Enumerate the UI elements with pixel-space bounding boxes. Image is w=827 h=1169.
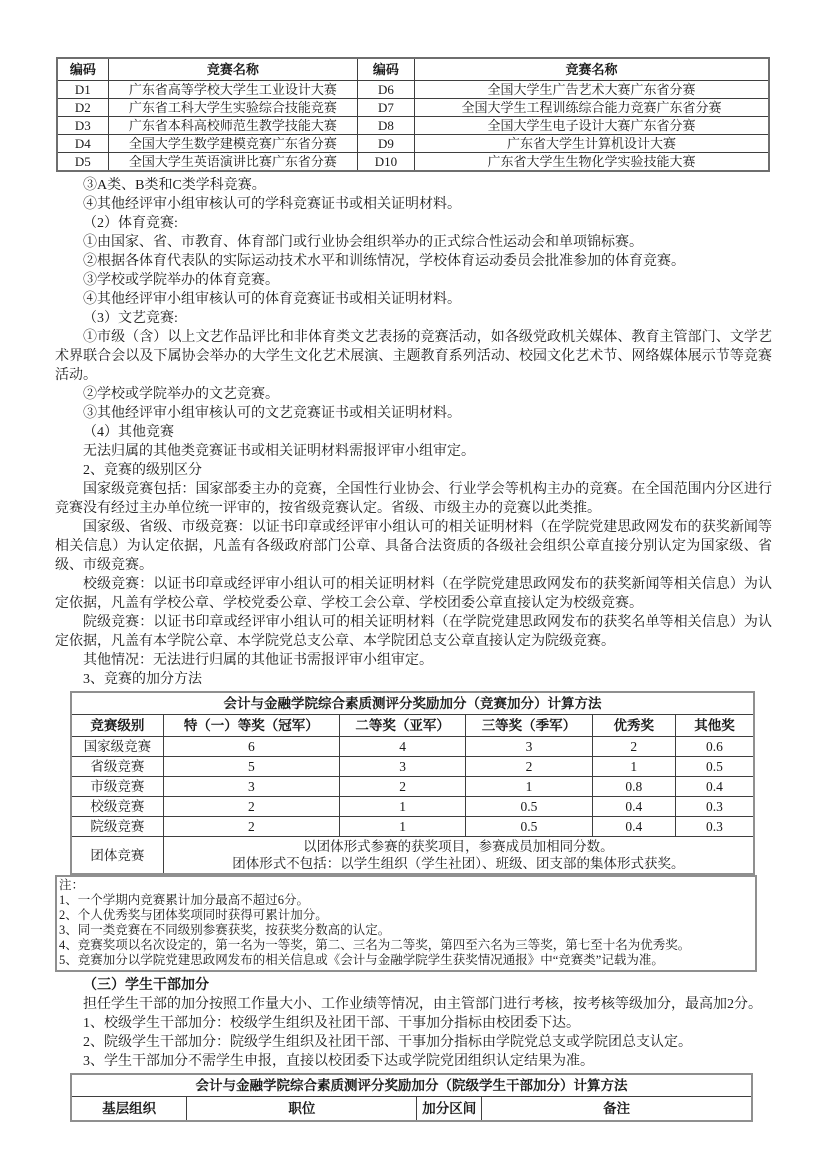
competition-name-cell: 广东省大学生生物化学实验技能大赛 (414, 153, 769, 172)
bonus-table-header-row: 竞赛级别 特（一）等奖（冠军） 二等奖（亚军） 三等奖（季军） 优秀奖 其他奖 (71, 715, 754, 737)
score-cell: 4 (339, 737, 465, 757)
paragraph: 校级竞赛：以证书印章或经评审小组认可的相关证明材料（在学院党建思政网发布的获奖新… (55, 575, 772, 613)
score-cell: 0.6 (675, 737, 754, 757)
codes-header-cell: 竞赛名称 (108, 58, 357, 81)
bonus-header-cell: 优秀奖 (592, 715, 675, 737)
paragraph: （3）文艺竞赛: (55, 309, 772, 328)
competition-bonus-table: 会计与金融学院综合素质测评分奖励加分（竞赛加分）计算方法 竞赛级别 特（一）等奖… (70, 691, 755, 875)
competition-name-cell: 全国大学生广告艺术大赛广东省分赛 (414, 81, 769, 99)
note-item: 4、竞赛奖项以名次设定的，第一名为一等奖，第二、三名为二等奖，第四至六名为三等奖… (59, 938, 751, 953)
level-cell: 团体竞赛 (71, 837, 163, 875)
codes-header-cell: 编码 (57, 58, 108, 81)
paragraph: 无法归属的其他类竞赛证书或相关证明材料需报评审小组审定。 (55, 442, 772, 461)
score-cell: 6 (163, 737, 339, 757)
competition-rules-text: ③A类、B类和C类学科竞赛。 ④其他经评审小组审核认可的学科竞赛证书或相关证明材… (55, 176, 772, 689)
paragraph: 国家级竞赛包括：国家部委主办的竞赛，全国性行业协会、行业学会等机构主办的竞赛。在… (55, 480, 772, 518)
level-cell: 国家级竞赛 (71, 737, 163, 757)
paragraph: 2、竞赛的级别区分 (55, 461, 772, 480)
bonus-table-title: 会计与金融学院综合素质测评分奖励加分（竞赛加分）计算方法 (71, 692, 754, 715)
paragraph: ③其他经评审小组审核认可的文艺竞赛证书或相关证明材料。 (55, 404, 772, 423)
paragraph: ①市级（含）以上文艺作品评比和非体育类文艺表扬的竞赛活动，如各级党政机关媒体、教… (55, 328, 772, 385)
paragraph: （2）体育竞赛: (55, 214, 772, 233)
paragraph: 院级竞赛：以证书印章或经评审小组认可的相关证明材料（在学院党建思政网发布的获奖名… (55, 613, 772, 651)
student-cadre-section: （三）学生干部加分 担任学生干部的加分按照工作量大小、工作业绩等情况，由主管部门… (55, 976, 772, 1071)
score-cell: 3 (163, 777, 339, 797)
score-cell: 0.5 (466, 797, 592, 817)
codes-table-header-row: 编码 竞赛名称 编码 竞赛名称 (57, 58, 769, 81)
level-cell: 省级竞赛 (71, 757, 163, 777)
cadre-table-header-row: 基层组织 职位 加分区间 备注 (71, 1097, 752, 1122)
table-row: D3 广东省本科高校师范生教学技能大赛 D8 全国大学生电子设计大赛广东省分赛 (57, 117, 769, 135)
code-cell: D10 (357, 153, 414, 172)
table-row: 院级竞赛 2 1 0.5 0.4 0.3 (71, 817, 754, 837)
score-cell: 5 (163, 757, 339, 777)
competition-codes-table: 编码 竞赛名称 编码 竞赛名称 D1 广东省高等学校大学生工业设计大赛 D6 全… (56, 57, 770, 172)
paragraph: ④其他经评审小组审核认可的学科竞赛证书或相关证明材料。 (55, 195, 772, 214)
notes-box: 注： 1、一个学期内竞赛累计加分最高不超过6分。 2、个人优秀奖与团体奖项同时获… (55, 875, 757, 972)
code-cell: D4 (57, 135, 108, 153)
score-cell: 0.4 (592, 817, 675, 837)
score-cell: 2 (163, 817, 339, 837)
level-cell: 市级竞赛 (71, 777, 163, 797)
paragraph: 国家级、省级、市级竞赛：以证书印章或经评审小组认可的相关证明材料（在学院党建思政… (55, 518, 772, 575)
bonus-header-cell: 三等奖（季军） (466, 715, 592, 737)
score-cell: 2 (466, 757, 592, 777)
score-cell: 2 (163, 797, 339, 817)
table-row: 国家级竞赛 6 4 3 2 0.6 (71, 737, 754, 757)
note-item: 1、一个学期内竞赛累计加分最高不超过6分。 (59, 893, 751, 908)
team-competition-row: 团体竞赛 以团体形式参赛的获奖项目，参赛成员加相同分数。 团体形式不包括：以学生… (71, 837, 754, 875)
paragraph: 3、学生干部加分不需学生申报，直接以校团委下达或学院党团组织认定结果为准。 (55, 1052, 772, 1071)
bonus-header-cell: 二等奖（亚军） (339, 715, 465, 737)
section-heading: （三）学生干部加分 (55, 976, 772, 995)
bonus-header-cell: 竞赛级别 (71, 715, 163, 737)
cadre-header-cell: 备注 (482, 1097, 752, 1122)
paragraph: 2、院级学生干部加分：院级学生组织及社团干部、干事加分指标由学院党总支或学院团总… (55, 1033, 772, 1052)
bonus-table-title-row: 会计与金融学院综合素质测评分奖励加分（竞赛加分）计算方法 (71, 692, 754, 715)
score-cell: 3 (339, 757, 465, 777)
bonus-header-cell: 特（一）等奖（冠军） (163, 715, 339, 737)
codes-header-cell: 编码 (357, 58, 414, 81)
paragraph: ③学校或学院举办的体育竞赛。 (55, 271, 772, 290)
competition-name-cell: 广东省本科高校师范生教学技能大赛 (108, 117, 357, 135)
code-cell: D1 (57, 81, 108, 99)
score-cell: 0.3 (675, 817, 754, 837)
paragraph: ①由国家、省、市教育、体育部门或行业协会组织举办的正式综合性运动会和单项锦标赛。 (55, 233, 772, 252)
table-row: D5 全国大学生英语演讲比赛广东省分赛 D10 广东省大学生生物化学实验技能大赛 (57, 153, 769, 172)
score-cell: 3 (466, 737, 592, 757)
paragraph: 担任学生干部的加分按照工作量大小、工作业绩等情况，由主管部门进行考核，按考核等级… (55, 995, 772, 1014)
paragraph: 3、竞赛的加分方法 (55, 670, 772, 689)
code-cell: D2 (57, 99, 108, 117)
cadre-table-title-row: 会计与金融学院综合素质测评分奖励加分（院级学生干部加分）计算方法 (71, 1074, 752, 1097)
cadre-header-cell: 职位 (187, 1097, 417, 1122)
note-item: 3、同一类竞赛在不同级别参赛获奖，按获奖分数高的认定。 (59, 923, 751, 938)
table-row: D2 广东省工科大学生实验综合技能竞赛 D7 全国大学生工程训练综合能力竞赛广东… (57, 99, 769, 117)
competition-name-cell: 广东省工科大学生实验综合技能竞赛 (108, 99, 357, 117)
competition-name-cell: 广东省大学生计算机设计大赛 (414, 135, 769, 153)
document-page: 编码 竞赛名称 编码 竞赛名称 D1 广东省高等学校大学生工业设计大赛 D6 全… (0, 0, 827, 1169)
level-cell: 院级竞赛 (71, 817, 163, 837)
score-cell: 0.4 (675, 777, 754, 797)
team-rule-cell: 以团体形式参赛的获奖项目，参赛成员加相同分数。 团体形式不包括：以学生组织（学生… (163, 837, 754, 875)
score-cell: 0.8 (592, 777, 675, 797)
score-cell: 0.3 (675, 797, 754, 817)
competition-name-cell: 广东省高等学校大学生工业设计大赛 (108, 81, 357, 99)
score-cell: 0.5 (675, 757, 754, 777)
code-cell: D8 (357, 117, 414, 135)
competition-name-cell: 全国大学生电子设计大赛广东省分赛 (414, 117, 769, 135)
bonus-header-cell: 其他奖 (675, 715, 754, 737)
score-cell: 2 (592, 737, 675, 757)
team-rule-line: 团体形式不包括：以学生组织（学生社团）、班级、团支部的集体形式获奖。 (166, 855, 751, 872)
score-cell: 1 (592, 757, 675, 777)
score-cell: 0.4 (592, 797, 675, 817)
code-cell: D9 (357, 135, 414, 153)
team-rule-line: 以团体形式参赛的获奖项目，参赛成员加相同分数。 (166, 838, 751, 855)
code-cell: D3 (57, 117, 108, 135)
table-row: D4 全国大学生数学建模竞赛广东省分赛 D9 广东省大学生计算机设计大赛 (57, 135, 769, 153)
paragraph: ④其他经评审小组审核认可的体育竞赛证书或相关证明材料。 (55, 290, 772, 309)
score-cell: 1 (339, 797, 465, 817)
table-row: 省级竞赛 5 3 2 1 0.5 (71, 757, 754, 777)
code-cell: D7 (357, 99, 414, 117)
table-row: D1 广东省高等学校大学生工业设计大赛 D6 全国大学生广告艺术大赛广东省分赛 (57, 81, 769, 99)
score-cell: 2 (339, 777, 465, 797)
code-cell: D5 (57, 153, 108, 172)
competition-name-cell: 全国大学生工程训练综合能力竞赛广东省分赛 (414, 99, 769, 117)
cadre-header-cell: 基层组织 (71, 1097, 187, 1122)
notes-label: 注： (59, 878, 751, 893)
paragraph: 其他情况：无法进行归属的其他证书需报评审小组审定。 (55, 651, 772, 670)
note-item: 5、竞赛加分以学院党建思政网发布的相关信息或《会计与金融学院学生获奖情况通报》中… (59, 953, 751, 968)
paragraph: 1、校级学生干部加分：校级学生组织及社团干部、干事加分指标由校团委下达。 (55, 1014, 772, 1033)
level-cell: 校级竞赛 (71, 797, 163, 817)
paragraph: ②学校或学院举办的文艺竞赛。 (55, 385, 772, 404)
paragraph: （4）其他竞赛 (55, 423, 772, 442)
competition-name-cell: 全国大学生英语演讲比赛广东省分赛 (108, 153, 357, 172)
cadre-bonus-table: 会计与金融学院综合素质测评分奖励加分（院级学生干部加分）计算方法 基层组织 职位… (70, 1073, 753, 1122)
cadre-table-title: 会计与金融学院综合素质测评分奖励加分（院级学生干部加分）计算方法 (71, 1074, 752, 1097)
competition-name-cell: 全国大学生数学建模竞赛广东省分赛 (108, 135, 357, 153)
note-item: 2、个人优秀奖与团体奖项同时获得可累计加分。 (59, 908, 751, 923)
score-cell: 1 (339, 817, 465, 837)
codes-header-cell: 竞赛名称 (414, 58, 769, 81)
paragraph: ②根据各体育代表队的实际运动技术水平和训练情况，学校体育运动委员会批准参加的体育… (55, 252, 772, 271)
code-cell: D6 (357, 81, 414, 99)
paragraph: ③A类、B类和C类学科竞赛。 (55, 176, 772, 195)
cadre-header-cell: 加分区间 (417, 1097, 482, 1122)
score-cell: 0.5 (466, 817, 592, 837)
table-row: 市级竞赛 3 2 1 0.8 0.4 (71, 777, 754, 797)
table-row: 校级竞赛 2 1 0.5 0.4 0.3 (71, 797, 754, 817)
score-cell: 1 (466, 777, 592, 797)
